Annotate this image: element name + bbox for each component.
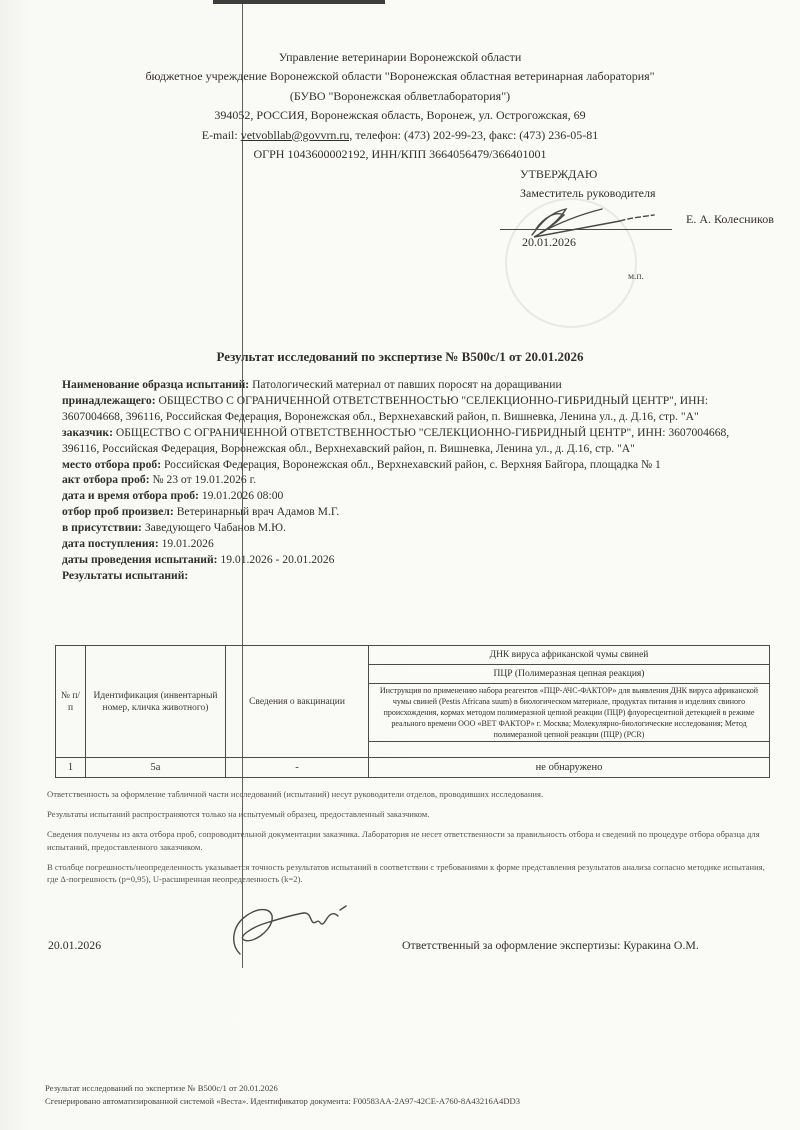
scan-edge-artifact: [213, 0, 385, 4]
field-sampling-act: акт отбора проб: № 23 от 19.01.2026 г.: [62, 472, 769, 488]
test-method-detail: Инструкция по применению набора реагенто…: [369, 684, 770, 742]
field-value: ОБЩЕСТВО С ОГРАНИЧЕННОЙ ОТВЕТСТВЕННОСТЬЮ…: [62, 394, 708, 423]
field-value: № 23 от 19.01.2026 г.: [152, 473, 255, 486]
cell-identification: 5а: [86, 758, 226, 778]
note-uncertainty: В столбце погрешность/неопределенность у…: [47, 861, 767, 885]
signature-line: [500, 229, 672, 230]
field-receipt-date: дата поступления: 19.01.2026: [62, 536, 769, 552]
field-customer: заказчик: ОБЩЕСТВО С ОГРАНИЧЕННОЙ ОТВЕТС…: [62, 425, 769, 457]
footer-expertise-ref: Результат исследований по экспертизе № В…: [45, 1082, 765, 1095]
field-value: 19.01.2026 08:00: [202, 489, 283, 502]
field-witness: в присутствии: Заведующего Чабанов М.Ю.: [62, 520, 769, 536]
field-value: 19.01.2026: [162, 537, 214, 550]
field-value: Ветеринарный врач Адамов М.Г.: [177, 505, 339, 518]
field-value: Заведующего Чабанов М.Ю.: [145, 521, 286, 534]
cell-result: не обнаружено: [369, 758, 770, 778]
field-value: ОБЩЕСТВО С ОГРАНИЧЕННОЙ ОТВЕТСТВЕННОСТЬЮ…: [62, 426, 729, 455]
approver-signature: [470, 195, 690, 243]
email-label: E-mail:: [202, 128, 238, 142]
field-label: в присутствии:: [62, 521, 142, 534]
letterhead: Управление ветеринарии Воронежской облас…: [40, 48, 760, 164]
cell-num: 1: [56, 758, 86, 778]
field-label: даты проведения испытаний:: [62, 553, 218, 566]
org-contacts: E-mail: vetvobllab@govvrn.ru, телефон: (…: [40, 126, 760, 145]
approver-name: Е. А. Колесников: [686, 210, 774, 229]
field-owner: принадлежащего: ОБЩЕСТВО С ОГРАНИЧЕННОЙ …: [62, 393, 769, 425]
field-label: акт отбора проб:: [62, 473, 150, 486]
org-address: 394052, РОССИЯ, Воронежская область, Вор…: [40, 106, 760, 125]
approve-word: УТВЕРЖДАЮ: [520, 165, 780, 184]
note-responsibility: Ответственность за оформление табличной …: [47, 788, 767, 800]
col-header-vaccination: Сведения о вакцинации: [226, 646, 369, 758]
results-table: № п/п Идентификация (инвентарный номер, …: [55, 645, 770, 778]
org-name-line3: (БУВО "Воронежская облветлаборатория"): [40, 87, 760, 106]
field-label: заказчик:: [62, 426, 113, 439]
field-label: дата и время отбора проб:: [62, 489, 199, 502]
signoff-date: 20.01.2026: [48, 938, 101, 953]
disclaimer-notes: Ответственность за оформление табличной …: [47, 788, 767, 893]
field-label: Результаты испытаний:: [62, 569, 188, 582]
field-label: принадлежащего:: [62, 394, 156, 407]
note-scope: Результаты испытаний распространяются то…: [47, 808, 767, 820]
field-results-heading: Результаты испытаний:: [62, 568, 769, 584]
col-header-num: № п/п: [56, 646, 86, 758]
table-row: 1 5а - не обнаружено: [56, 758, 770, 778]
field-sampling-place: место отбора проб: Российская Федерация,…: [62, 457, 769, 473]
approval-date: 20.01.2026: [522, 233, 576, 252]
field-label: дата поступления:: [62, 537, 159, 550]
document-fields: Наименование образца испытаний: Патологи…: [62, 377, 769, 584]
footer-generated-by: Сгенерировано автоматизированной системо…: [45, 1095, 765, 1108]
test-method-group-header: ПЦР (Полимеразная цепная реакция): [369, 665, 770, 684]
cell-vaccination: -: [226, 758, 369, 778]
org-name-line1: Управление ветеринарии Воронежской облас…: [40, 48, 760, 67]
scanned-document-page: Управление ветеринарии Воронежской облас…: [0, 0, 800, 1130]
org-reg-numbers: ОГРН 1043600002192, ИНН/КПП 3664056479/3…: [40, 145, 760, 164]
table-header-row: № п/п Идентификация (инвентарный номер, …: [56, 646, 770, 665]
note-sampling-info: Сведения получены из акта отбора проб, с…: [47, 828, 767, 852]
field-label: отбор проб произвел:: [62, 505, 174, 518]
empty-header-cell: [369, 742, 770, 758]
field-sample-name: Наименование образца испытаний: Патологи…: [62, 377, 769, 393]
approval-block: УТВЕРЖДАЮ Заместитель руководителя Е. А.…: [520, 165, 780, 203]
seal-placeholder: м.п.: [628, 272, 644, 282]
signoff-responsible: Ответственный за оформление экспертизы: …: [402, 938, 699, 953]
test-target-header: ДНК вируса африканской чумы свиней: [369, 646, 770, 665]
field-value: Патологический материал от павших порося…: [252, 378, 562, 391]
phone-fax: телефон: (473) 202-99-23, факс: (473) 23…: [355, 128, 598, 142]
field-value: Российская Федерация, Воронежская обл., …: [164, 458, 661, 471]
email-link[interactable]: vetvobllab@govvrn.ru,: [241, 128, 353, 142]
document-footer: Результат исследований по экспертизе № В…: [45, 1082, 765, 1107]
org-name-line2: бюджетное учреждение Воронежской области…: [40, 67, 760, 86]
field-sampling-datetime: дата и время отбора проб: 19.01.2026 08:…: [62, 488, 769, 504]
field-sampler: отбор проб произвел: Ветеринарный врач А…: [62, 504, 769, 520]
field-value: 19.01.2026 - 20.01.2026: [220, 553, 334, 566]
expert-signature: [222, 896, 362, 968]
field-label: место отбора проб:: [62, 458, 161, 471]
col-header-identification: Идентификация (инвентарный номер, кличка…: [86, 646, 226, 758]
field-label: Наименование образца испытаний:: [62, 378, 249, 391]
field-test-dates: даты проведения испытаний: 19.01.2026 - …: [62, 552, 769, 568]
document-title: Результат исследований по экспертизе № В…: [40, 349, 760, 365]
